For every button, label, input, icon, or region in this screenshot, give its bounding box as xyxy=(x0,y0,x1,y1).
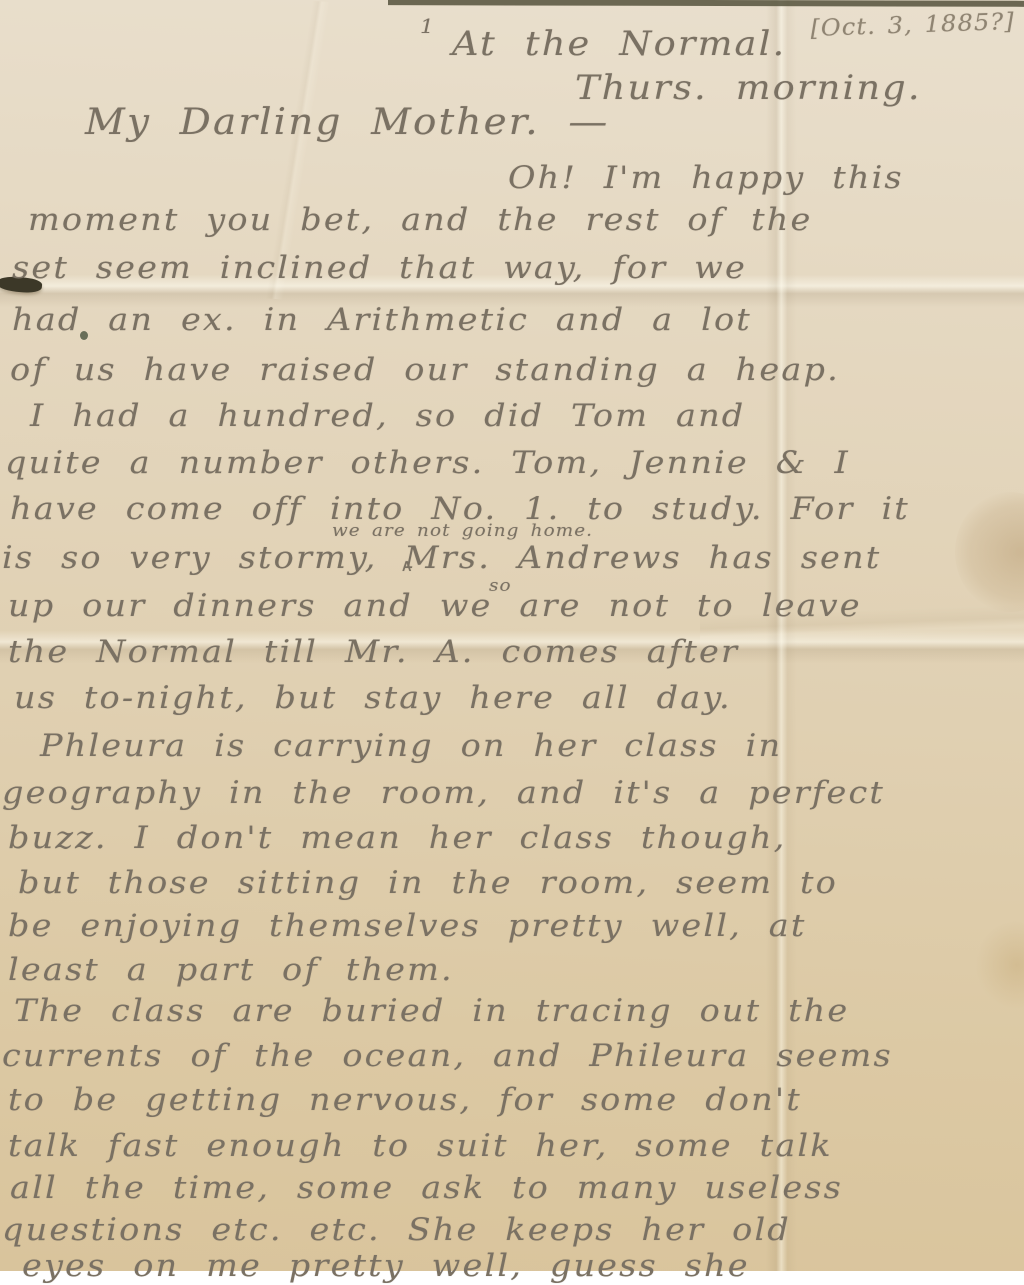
letter-line: I had a hundred, so did Tom and xyxy=(30,398,745,434)
page-number: 1 xyxy=(420,14,436,38)
letter-line: all the time, some ask to many useless xyxy=(10,1170,843,1206)
letter-line: Oh! I'm happy this xyxy=(508,160,904,196)
letter-line: had an ex. in Arithmetic and a lot xyxy=(12,302,752,338)
letter-line: us to-night, but stay here all day. xyxy=(14,680,732,716)
letter-line: the Normal till Mr. A. comes after xyxy=(8,634,739,670)
letter-line: set seem inclined that way, for we xyxy=(12,250,747,286)
letter-line: quite a number others. Tom, Jennie & I xyxy=(5,445,850,481)
heading-place-line: At the Normal. xyxy=(452,24,786,64)
letter-line: have come off into No. 1. to study. For … xyxy=(10,491,910,527)
letter-line: eyes on me pretty well, guess she xyxy=(22,1248,750,1284)
letter-line: talk fast enough to suit her, some talk xyxy=(8,1128,833,1164)
letter-line: but those sitting in the room, seem to xyxy=(18,865,838,901)
letter-line: questions etc. etc. She keeps her old xyxy=(2,1212,791,1248)
letter-line: up our dinners and we are not to leave xyxy=(8,588,862,624)
letter-line: The class are buried in tracing out the xyxy=(14,993,849,1029)
letter-line: to be getting nervous, for some don't xyxy=(8,1082,802,1118)
letter-line: of us have raised our standing a heap. xyxy=(10,352,840,388)
letter-line: buzz. I don't mean her class though, xyxy=(8,820,786,856)
scanned-letter-page: 1 At the Normal. [Oct. 3, 1885?] Thurs. … xyxy=(0,0,1024,1285)
letter-line: be enjoying themselves pretty well, at xyxy=(8,908,806,944)
letter-line: moment you bet, and the rest of the xyxy=(28,202,812,238)
letter-line: geography in the room, and it's a perfec… xyxy=(2,775,885,811)
heading-dateline: Thurs. morning. xyxy=(575,68,922,108)
salutation: My Darling Mother. — xyxy=(85,102,609,143)
letter-line: Phleura is carrying on her class in xyxy=(40,728,782,764)
letter-line: least a part of them. xyxy=(8,952,454,988)
letter-line: currents of the ocean, and Phileura seem… xyxy=(2,1038,893,1074)
letter-line: is so very stormy, Mrs. Andrews has sent xyxy=(2,540,881,576)
